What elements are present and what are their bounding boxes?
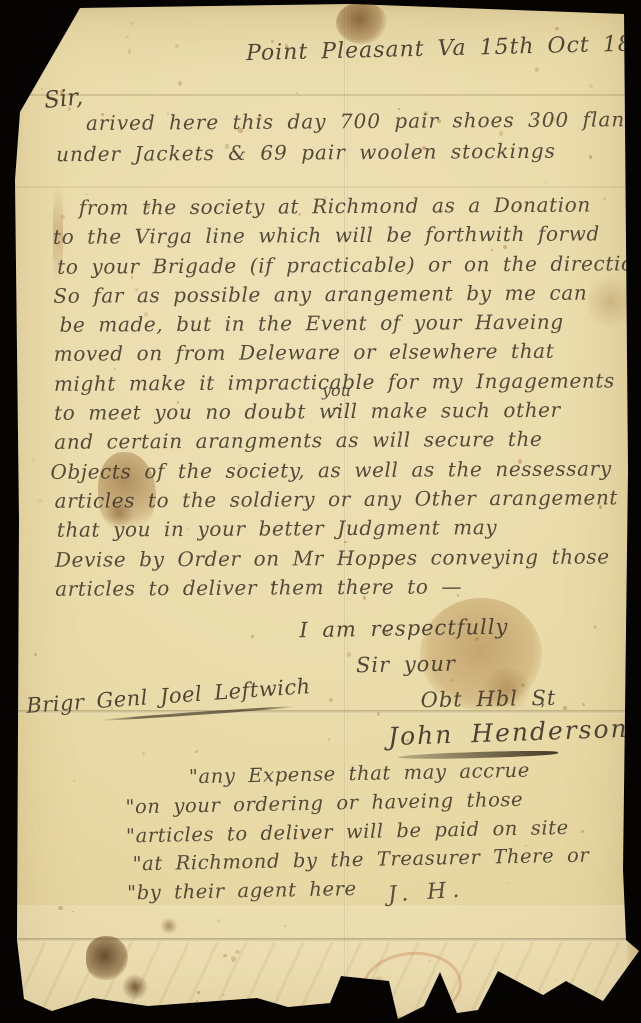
closing-line: Sir your bbox=[356, 644, 556, 683]
letter-paper: Point Pleasant Va 15th Oct 1812 Sir, ari… bbox=[0, 0, 641, 1023]
letter-line: that you in your better Judgment may bbox=[57, 512, 641, 545]
letter-line: and certain arangments as will secure th… bbox=[54, 425, 641, 458]
letter-line: arived here this day 700 pair shoes 300 … bbox=[86, 104, 641, 139]
letter-line: Objects of the society, as well as the n… bbox=[50, 454, 641, 487]
letter-line: to your Brigade (if practicable) or on t… bbox=[57, 249, 641, 282]
letter-line: to the Virga line which will be forthwit… bbox=[53, 219, 641, 252]
salutation: Sir, bbox=[43, 84, 84, 114]
closing-line: I am respectfully bbox=[299, 608, 555, 648]
addressee: Brigr Genl Joel Leftwich bbox=[26, 674, 312, 718]
letter-line: under Jackets & 69 pair woolen stockings bbox=[56, 135, 641, 170]
letter-line: Devise by Order on Mr Hoppes conveying t… bbox=[55, 542, 641, 575]
postscript: "any Expense that may accrue"on your ord… bbox=[125, 756, 590, 909]
date-line: Point Pleasant Va 15th Oct 1812 bbox=[246, 31, 641, 66]
horizontal-fold-crease bbox=[15, 186, 627, 188]
closing-line: Obt Hbl St bbox=[420, 680, 556, 718]
letter-line: from the society at Richmond as a Donati… bbox=[79, 190, 641, 223]
closing-lines: I am respectfullySir yourObt Hbl St bbox=[299, 608, 557, 720]
letter-line: be made, but in the Event of your Havein… bbox=[59, 307, 641, 340]
letter-line: moved on from Deleware or elsewhere that bbox=[54, 337, 641, 370]
postscript-initials: J. H. bbox=[387, 877, 466, 907]
letter-line: to meet you no doubt will make such othe… bbox=[54, 395, 641, 428]
inserted-word: you bbox=[322, 381, 351, 400]
crumpled-bottom-texture bbox=[15, 942, 630, 1017]
scanner-background: Point Pleasant Va 15th Oct 1812 Sir, ari… bbox=[0, 0, 641, 1023]
caret-mark: ^ bbox=[331, 404, 344, 422]
signature: John Henderson bbox=[388, 714, 630, 751]
letter-line: So far as possible any arangement by me … bbox=[53, 278, 641, 311]
opening-paragraph: arived here this day 700 pair shoes 300 … bbox=[86, 104, 641, 170]
letter-line: articles to the soldiery or any Other ar… bbox=[55, 483, 641, 516]
horizontal-fold-crease bbox=[16, 94, 626, 96]
letter-line: articles to deliver them there to — bbox=[55, 571, 641, 604]
